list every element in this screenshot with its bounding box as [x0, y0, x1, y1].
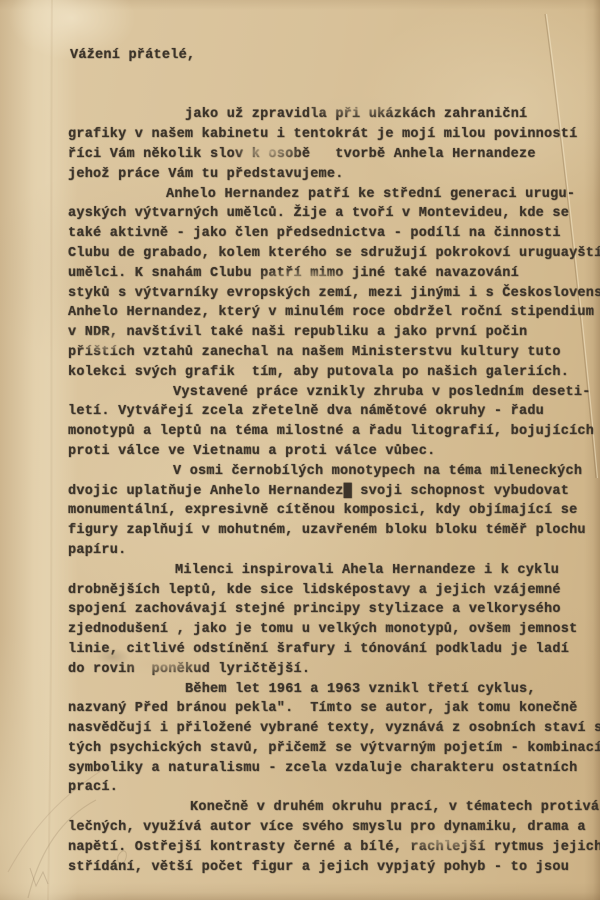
text-line: proti válce ve Vietnamu a proti válce vů…: [68, 442, 600, 462]
text-line: také aktivně - jako člen předsednictva -…: [68, 224, 600, 244]
text-line: umělci. K snahám Clubu patří mimo jiné t…: [68, 264, 600, 284]
letter-text: Vážení přátelé,jako už zpravidla při uká…: [0, 0, 600, 900]
text-line: letí. Vytvářejí zcela zřetelně dva námět…: [68, 402, 600, 422]
text-line: jehož práce Vám tu představujeme.: [68, 165, 600, 185]
text-line: tých psychických stavů, přičemž se výtva…: [68, 739, 600, 759]
text-line: kolekci svých grafik tím, aby putovala p…: [68, 363, 600, 383]
text-line: lečných, využívá autor více svého smyslu…: [68, 818, 600, 838]
text-line: monotypů a leptů na téma milostné a řadu…: [68, 422, 600, 442]
text-line: říci Vám několik slov k osobě tvorbě Anh…: [68, 145, 600, 165]
text-line: drobnějších leptů, kde sice lidsképostav…: [68, 581, 600, 601]
text-line: styků s výtvarníky evropských zemí, mezi…: [68, 284, 600, 304]
text-line: příštích vztahů zanechal na našem Minist…: [68, 343, 600, 363]
text-line: grafiky v našem kabinetu i tentokrát je …: [68, 125, 600, 145]
text-line: [68, 86, 600, 106]
text-line: linie, citlivé odstínění šrafury i tónov…: [68, 640, 600, 660]
text-line: střídání, větší počet figur a jejich vyp…: [68, 858, 600, 878]
text-line: figury zaplňují v mohutném, uzavřeném bl…: [68, 521, 600, 541]
text-line: nazvaný Před bránou pekla". Tímto se aut…: [68, 699, 600, 719]
text-line: v NDR, navštívil také naši republiku a j…: [68, 323, 600, 343]
text-line: Anhelo Hernandez patří ke střední genera…: [68, 185, 600, 205]
text-line: dvojic uplatňuje Anhelo Hernandez█ svoji…: [68, 482, 600, 502]
text-line: Konečně v druhém okruhu prací, v tématec…: [68, 798, 600, 818]
text-line: [68, 66, 600, 86]
text-line: spojení zachovávají stejné principy styl…: [68, 600, 600, 620]
text-line: Milenci inspirovali Ahela Hernandeze i k…: [68, 561, 600, 581]
text-line: ayských výtvarných umělců. Žije a tvoří …: [68, 204, 600, 224]
text-line: monumentální, expresivně cítěnou komposi…: [68, 501, 600, 521]
text-line: Vystavené práce vznikly zhruba v posledn…: [68, 383, 600, 403]
text-line: zjednodušení , jako je tomu u velkých mo…: [68, 620, 600, 640]
text-line: prací.: [68, 778, 600, 798]
text-line: Vážení přátelé,: [68, 46, 600, 66]
text-line: Clubu de grabado, kolem kterého se sdruž…: [68, 244, 600, 264]
text-line: papíru.: [68, 541, 600, 561]
text-line: jako už zpravidla při ukázkách zahraničn…: [68, 105, 600, 125]
text-line: symboliky a naturalismu - zcela vzdaluje…: [68, 759, 600, 779]
scanned-letter-page: { "paper": { "base_color": "#d8c199", "i…: [0, 0, 600, 900]
text-line: do rovin poněkud lyričtější.: [68, 660, 600, 680]
text-line: Během let 1961 a 1963 vznikl třetí cyklu…: [68, 680, 600, 700]
text-line: napětí. Ostřejší kontrasty černé a bílé,…: [68, 838, 600, 858]
text-line: nasvědčují i přiložené vybrané texty, vy…: [68, 719, 600, 739]
text-line: V osmi černobílých monotypech na téma mi…: [68, 462, 600, 482]
text-line: Anhelo Hernandez, který v minulém roce o…: [68, 303, 600, 323]
